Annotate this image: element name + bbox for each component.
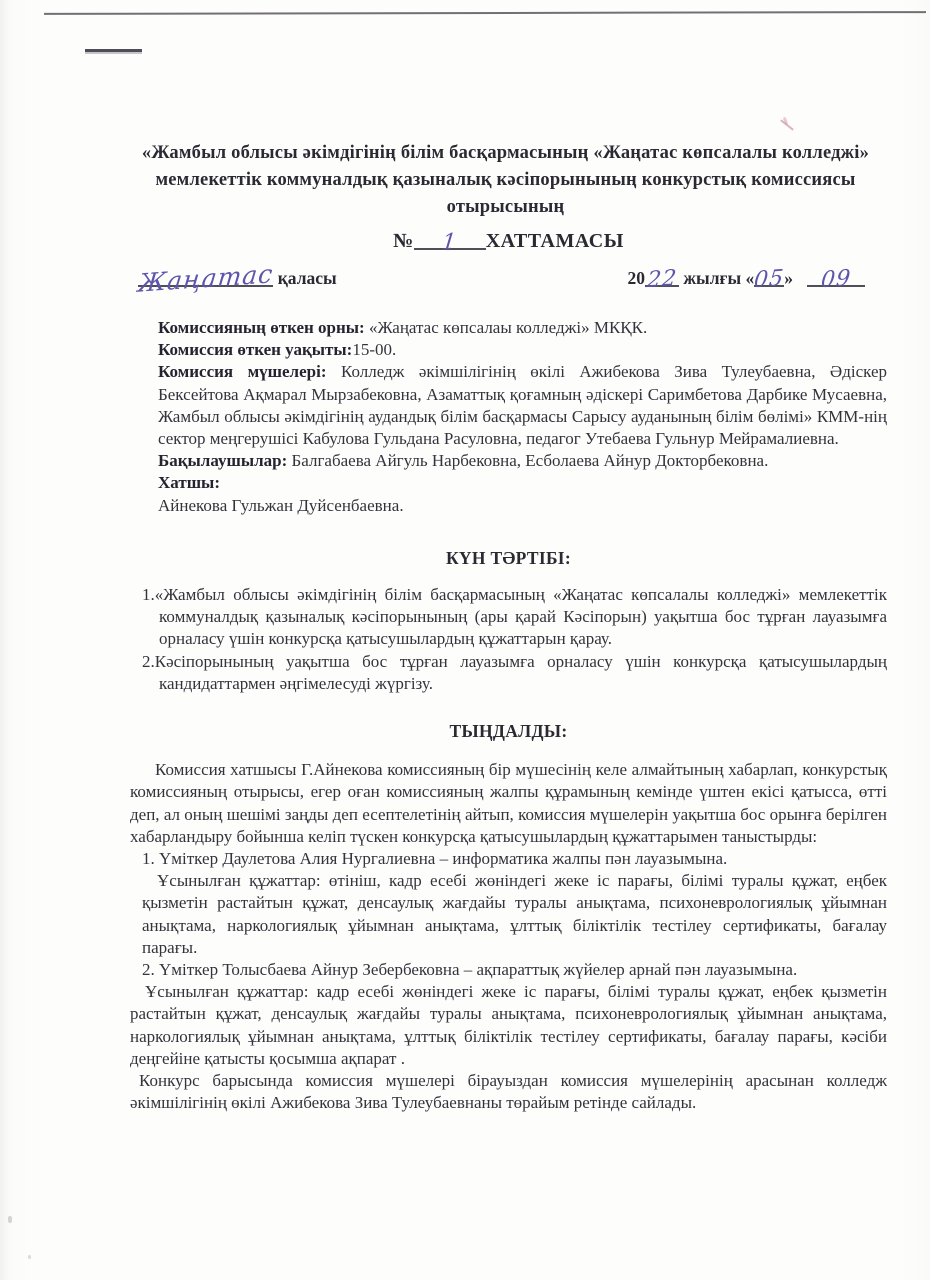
candidate-title-text: Үміткер Толысбаева Айнур Зебербековна – … — [159, 960, 797, 979]
scanned-document-page: «Жамбыл облысы әкімдігінің білім басқарм… — [0, 0, 930, 1280]
meta-text: 15-00. — [352, 340, 396, 359]
city-date-row: Жаңатас қаласы 2022 жылғы «05»09 — [130, 267, 887, 299]
meta-line-members: Комиссия мүшелері: Колледж әкімшілігінің… — [158, 361, 887, 450]
protocol-number-line: №1ХАТТАМАСЫ — [130, 228, 887, 254]
meta-label: Комиссия мүшелері: — [158, 362, 341, 381]
candidates-list: 1. Үміткер Даулетова Алия Нургалиевна – … — [142, 848, 887, 1070]
candidate-marker: 1. — [142, 849, 159, 868]
scan-speck — [8, 1216, 12, 1223]
agenda-list: 1.«Жамбыл облысы әкімдігінің білім басқа… — [142, 584, 887, 695]
meta-line-secretary-label: Хатшы: — [158, 472, 887, 494]
city-label: қаласы — [273, 268, 336, 288]
agenda-item-marker: 2. — [142, 652, 155, 671]
meta-line-secretary-name: Айнекова Гульжан Дуйсенбаевна. — [158, 495, 887, 517]
date-day-blank: 05 — [754, 271, 784, 287]
agenda-item-text: «Жамбыл облысы әкімдігінің білім басқарм… — [155, 585, 887, 648]
protocol-word: ХАТТАМАСЫ — [486, 230, 624, 252]
protocol-no-sign: № — [393, 230, 414, 252]
meta-text: «Жаңатас көпсалаы колледжі» МКҚК. — [369, 318, 647, 337]
date-close-quote: » — [784, 268, 793, 288]
date-day-handwritten: 05 — [754, 272, 785, 288]
scan-dash-mark — [85, 49, 142, 52]
date-year-handwritten: 22 — [646, 272, 677, 288]
meta-line-time: Комиссия өткен уақыты:15-00. — [158, 339, 887, 361]
commission-meta-block: Комиссияның өткен орны: «Жаңатас көпсала… — [158, 317, 887, 517]
candidate-title: 2. Үміткер Толысбаева Айнур Зебербековна… — [142, 959, 887, 981]
meta-label: Комиссия өткен уақыты: — [158, 340, 352, 359]
city-blank: Жаңатас — [138, 269, 273, 287]
meta-line-place: Комиссияның өткен орны: «Жаңатас көпсала… — [158, 317, 887, 339]
meta-label: Бақылаушылар: — [158, 451, 292, 470]
meta-line-observers: Бақылаушылар: Балгабаева Айгуль Нарбеков… — [158, 450, 887, 472]
candidate-title-text: Үміткер Даулетова Алия Нургалиевна – инф… — [159, 849, 727, 868]
date-year-blank: 22 — [645, 271, 679, 287]
protocol-number-blank: 1 — [414, 234, 486, 250]
date-middle-text: жылғы « — [679, 268, 754, 288]
closing-paragraph: Конкурс барысында комиссия мүшелері біра… — [130, 1070, 887, 1114]
date-month-handwritten: 09 — [820, 272, 851, 288]
city-field: Жаңатас қаласы — [138, 267, 337, 289]
meta-label: Комиссияның өткен орны: — [158, 318, 369, 337]
candidate-documents: Ұсынылған құжаттар: өтініш, кадр есебі ж… — [142, 870, 887, 959]
meta-label: Хатшы: — [158, 473, 220, 492]
meta-text: Балгабаева Айгуль Нарбековна, Есболаева … — [292, 451, 769, 470]
meta-text: Айнекова Гульжан Дуйсенбаевна. — [158, 496, 404, 515]
protocol-number-handwritten: 1 — [441, 235, 457, 250]
candidate-title: 1. Үміткер Даулетова Алия Нургалиевна – … — [142, 848, 887, 870]
scan-speck — [28, 1255, 31, 1259]
candidate-marker: 2. — [142, 960, 159, 979]
date-year-prefix: 20 — [627, 268, 645, 288]
heard-intro-paragraph: Комиссия хатшысы Г.Айнекова комиссияның … — [130, 759, 887, 848]
scan-edge-line — [44, 11, 926, 15]
agenda-item-marker: 1. — [142, 585, 155, 604]
candidate-documents: Ұсынылған құжаттар: кадр есебі жөніндегі… — [130, 981, 887, 1070]
date-month-blank: 09 — [807, 271, 865, 287]
agenda-item: 2.Кәсіпорынының уақытша бос тұрған лауаз… — [142, 651, 887, 695]
agenda-heading: КҮН ТӘРТІБІ: — [130, 547, 887, 569]
document-content: «Жамбыл облысы әкімдігінің білім басқарм… — [130, 140, 887, 1115]
agenda-item-text: Кәсіпорынының уақытша бос тұрған лауазым… — [155, 652, 887, 693]
agenda-item: 1.«Жамбыл облысы әкімдігінің білім басқа… — [142, 584, 887, 651]
heard-heading: ТЫҢДАЛДЫ: — [130, 720, 887, 742]
city-handwritten: Жаңатас — [137, 267, 273, 291]
document-title: «Жамбыл облысы әкімдігінің білім басқарм… — [118, 140, 893, 221]
date-field: 2022 жылғы «05»09 — [627, 267, 865, 289]
